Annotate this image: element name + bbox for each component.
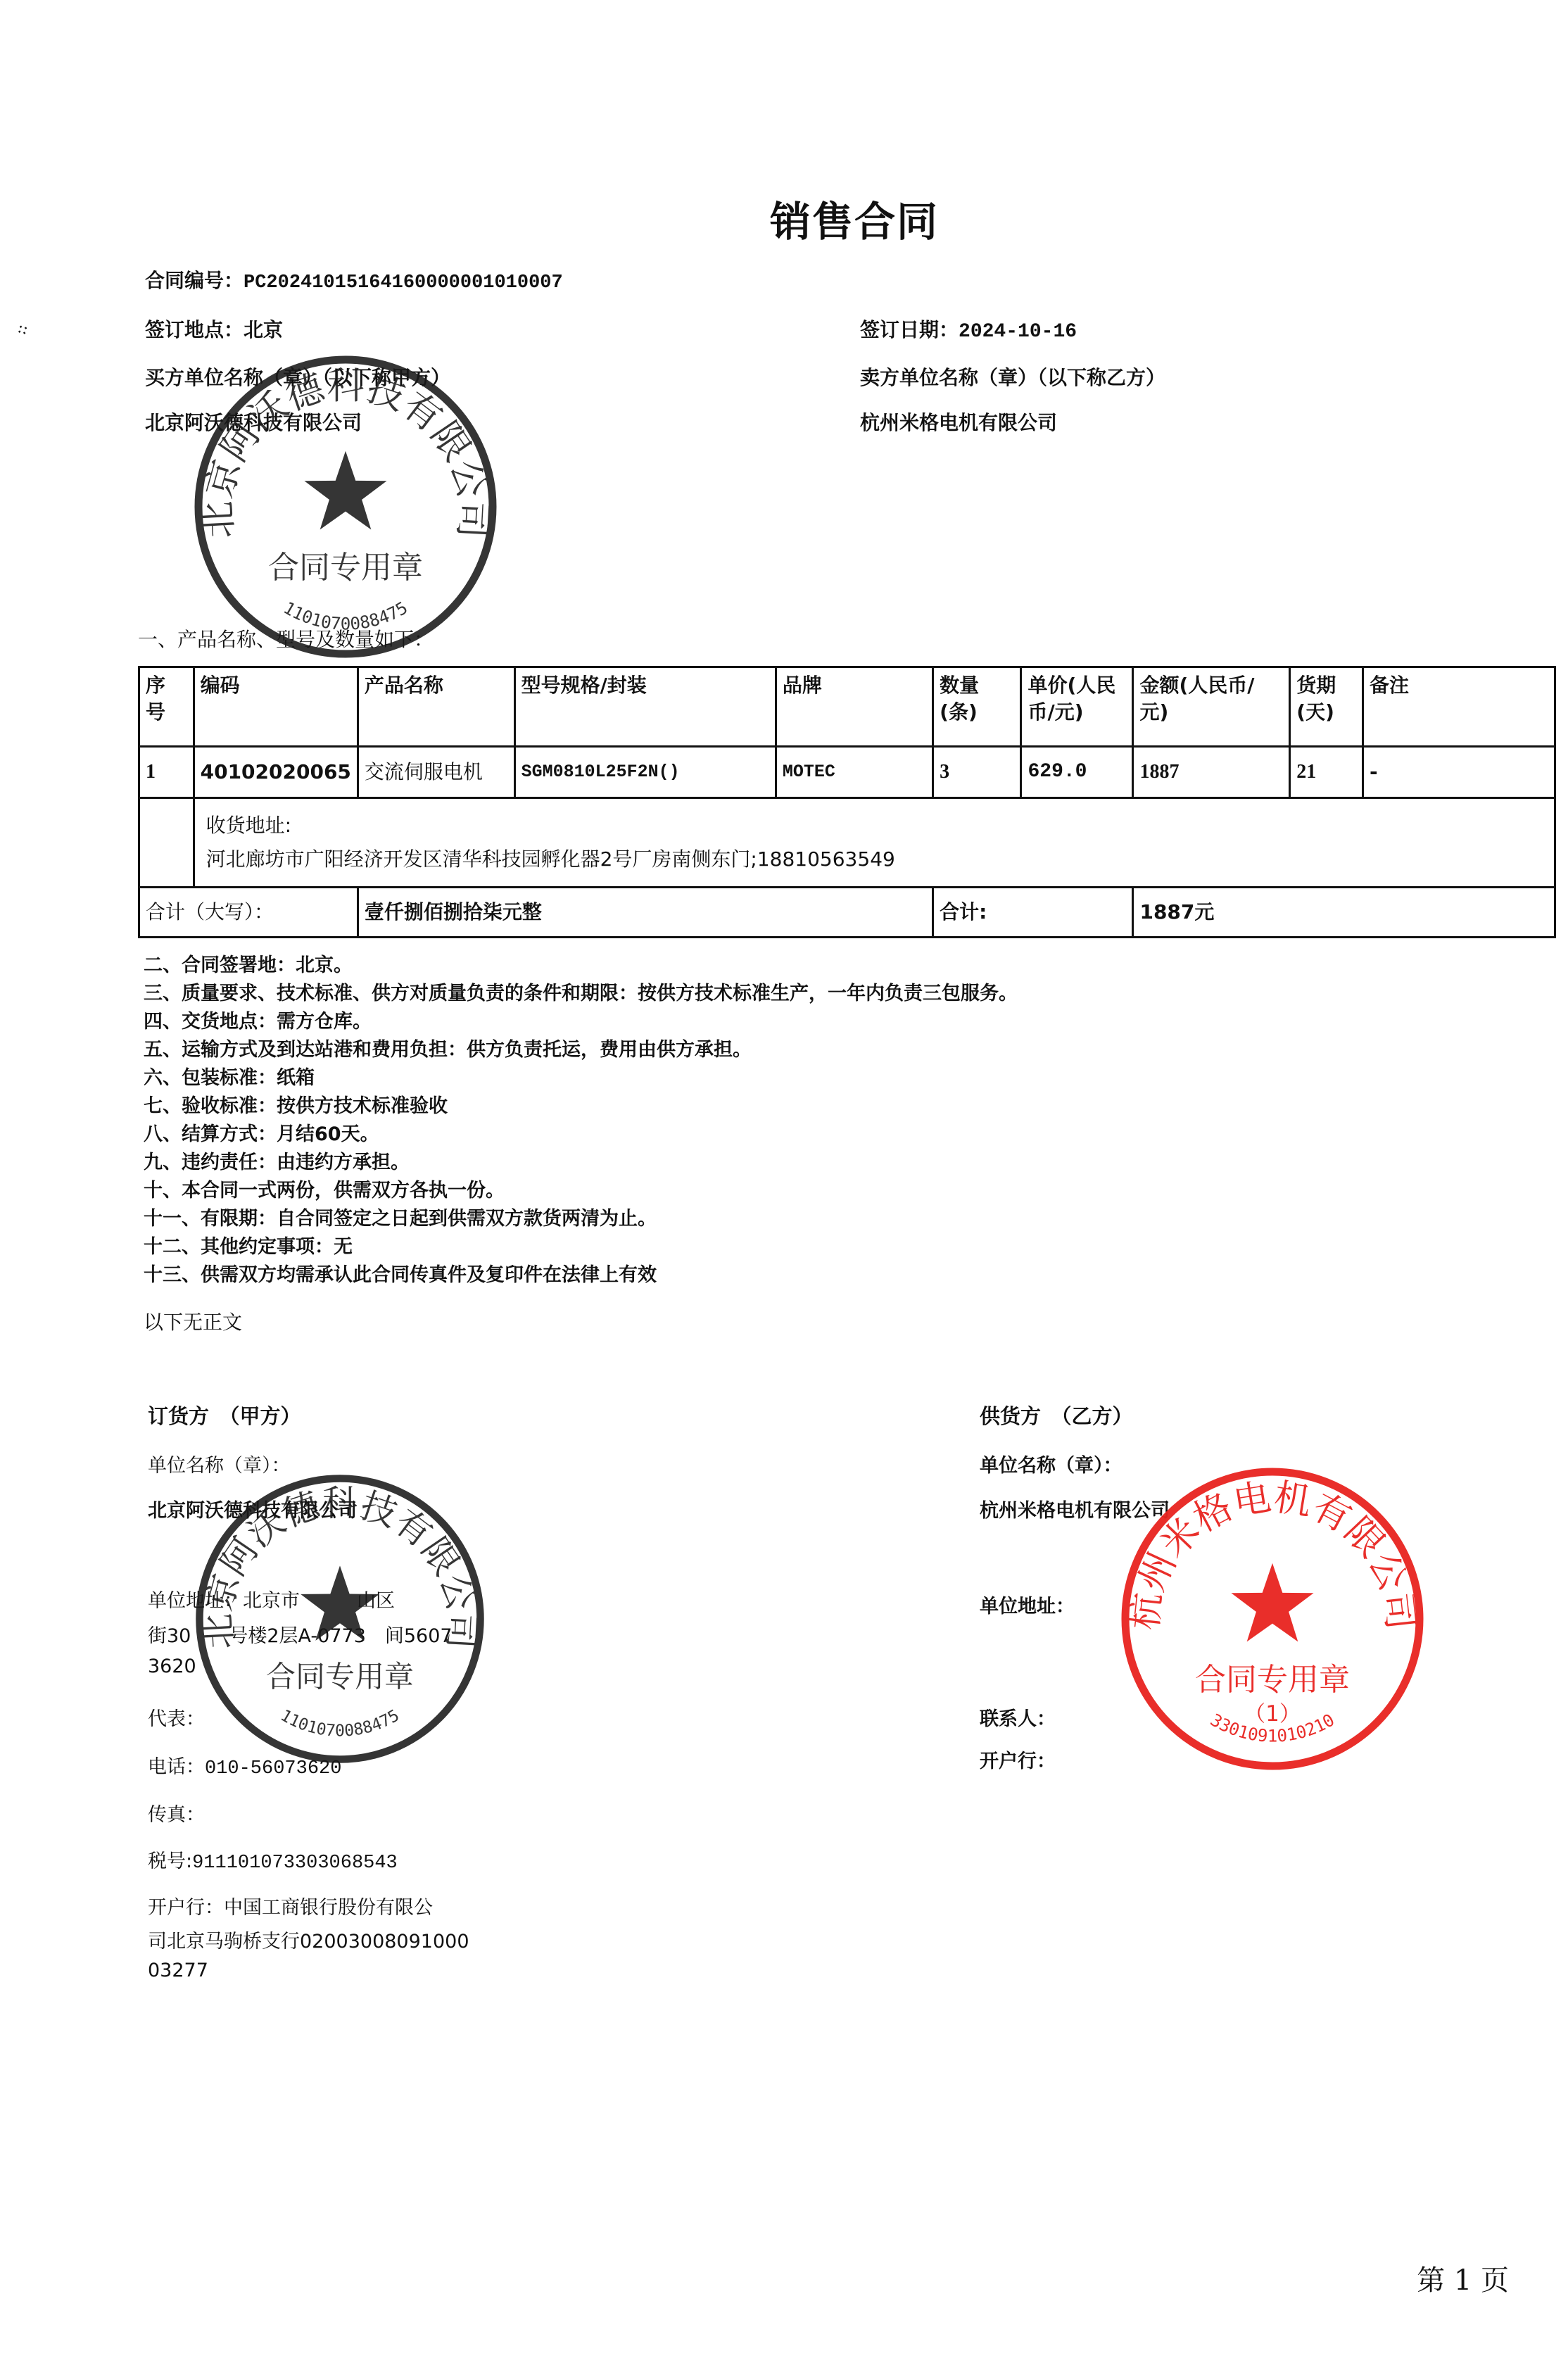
header-qty: 数量(条) — [933, 667, 1021, 747]
clause-item: 六、包装标准：纸箱 — [144, 1064, 1018, 1092]
seal-icon: 杭州米格电机有限公司合同专用章（1）3301091010210 — [1118, 1464, 1427, 1774]
sign-date: 签订日期：2024-10-16 — [860, 318, 1077, 344]
header-model: 型号规格/封装 — [514, 667, 776, 747]
clause-item: 九、违约责任：由违约方承担。 — [144, 1149, 1018, 1177]
header-amount: 金额(人民币/元) — [1133, 667, 1290, 747]
cell-code: 40102020065 — [194, 747, 358, 798]
svg-text:（1）: （1） — [1244, 1701, 1301, 1727]
seller-label: 卖方单位名称（章）（以下称乙方） — [860, 366, 1165, 390]
table-header-row: 序号 编码 产品名称 型号规格/封装 品牌 数量(条) 单价(人民币/元) 金额… — [139, 667, 1555, 747]
seller-block-contact-label: 联系人： — [980, 1703, 1056, 1731]
clause-item: 七、验收标准：按供方技术标准验收 — [144, 1092, 1018, 1121]
seller-block-name-label: 单位名称（章）： — [980, 1450, 1123, 1477]
clause-item: 三、质量要求、技术标准、供方对质量负责的条件和期限：按供方技术标准生产，一年内负… — [144, 980, 1018, 1008]
end-note: 以下无正文 — [144, 1311, 242, 1335]
clause-item: 四、交货地点：需方仓库。 — [144, 1008, 1018, 1036]
sign-place-value: 北京 — [244, 318, 283, 341]
page-title: 销售合同 — [770, 189, 939, 248]
cell-no: 1 — [139, 747, 194, 798]
clause-item: 十、本合同一式两份，供需双方各执一份。 — [144, 1177, 1018, 1205]
cell-unit-price: 629.0 — [1021, 747, 1133, 798]
seal-icon: 北京阿沃德科技有限公司合同专用章1101070088475 — [184, 352, 507, 662]
table-row: 1 40102020065 交流伺服电机 SGM0810L25F2N() MOT… — [139, 747, 1555, 798]
scan-speck: ⁘ — [11, 318, 35, 344]
header-code: 编码 — [194, 667, 358, 747]
clause-item: 八、结算方式：月结60天。 — [144, 1121, 1018, 1149]
buyer-stamp-bottom: 北京阿沃德科技有限公司合同专用章1101070088475 — [189, 1471, 491, 1767]
buyer-block-heading: 订货方 （甲方） — [148, 1401, 301, 1430]
buyer-block-bank-2: 司北京马驹桥支行02003008091000 — [148, 1926, 469, 1953]
total-label: 合计: — [933, 888, 1133, 938]
page-number: 第 1 页 — [1417, 2258, 1509, 2298]
cell-model: SGM0810L25F2N() — [514, 747, 776, 798]
cell-qty: 3 — [933, 747, 1021, 798]
clause-item: 十一、有限期：自合同签定之日起到供需双方款货两清为止。 — [144, 1205, 1018, 1233]
svg-text:1101070088475: 1101070088475 — [280, 598, 411, 633]
seal-icon: 北京阿沃德科技有限公司合同专用章1101070088475 — [189, 1471, 491, 1767]
header-remark: 备注 — [1362, 667, 1555, 747]
header-lead-time: 货期(天) — [1290, 667, 1363, 747]
contract-number: 合同编号：PC20241015164160000001010007 — [145, 269, 563, 295]
contract-number-label: 合同编号： — [145, 269, 244, 292]
cell-product: 交流伺服电机 — [358, 747, 514, 798]
contract-number-value: PC20241015164160000001010007 — [244, 272, 563, 294]
buyer-stamp-top: 北京阿沃德科技有限公司合同专用章1101070088475 — [184, 352, 507, 662]
cell-remark: - — [1362, 747, 1555, 798]
header-product: 产品名称 — [358, 667, 514, 747]
sign-place-label: 签订地点： — [145, 318, 244, 341]
clause-item: 五、运输方式及到达站港和费用负担：供方负责托运，费用由供方承担。 — [144, 1036, 1018, 1064]
header-no: 序号 — [139, 667, 194, 747]
header-unit-price: 单价(人民币/元) — [1021, 667, 1133, 747]
clause-item: 二、合同签署地：北京。 — [144, 952, 1018, 980]
seller-block-address-label: 单位地址： — [980, 1591, 1075, 1618]
svg-text:合同专用章: 合同专用章 — [1195, 1662, 1350, 1698]
total-row: 合计（大写）： 壹仟捌佰捌拾柒元整 合计: 1887元 — [139, 888, 1555, 938]
header-brand: 品牌 — [776, 667, 932, 747]
buyer-block-fax-label: 传真： — [148, 1799, 205, 1827]
buyer-block-bank-1: 开户行：中国工商银行股份有限公 — [148, 1892, 433, 1919]
delivery-address-row: 收货地址: 河北廊坊市广阳经济开发区清华科技园孵化器2号厂房南侧东门;18810… — [139, 798, 1555, 888]
clauses-list: 二、合同签署地：北京。 三、质量要求、技术标准、供方对质量负责的条件和期限：按供… — [144, 952, 1018, 1289]
seller-block-bank-label: 开户行： — [980, 1746, 1056, 1773]
total-upper-value: 壹仟捌佰捌拾柒元整 — [358, 888, 932, 938]
total-upper-label: 合计（大写）： — [139, 888, 358, 938]
delivery-address: 河北廊坊市广阳经济开发区清华科技园孵化器2号厂房南侧东门;18810563549 — [206, 843, 1543, 876]
svg-text:合同专用章: 合同专用章 — [266, 1660, 414, 1694]
cell-amount: 1887 — [1133, 747, 1290, 798]
seller-name: 杭州米格电机有限公司 — [860, 411, 1057, 435]
sign-date-label: 签订日期： — [860, 318, 959, 341]
svg-text:合同专用章: 合同专用章 — [268, 550, 423, 586]
sign-place: 签订地点：北京 — [145, 318, 283, 342]
cell-lead-time: 21 — [1290, 747, 1363, 798]
seller-stamp: 杭州米格电机有限公司合同专用章（1）3301091010210 — [1118, 1464, 1427, 1774]
buyer-block-bank-3: 03277 — [148, 1960, 208, 1981]
seller-block-heading: 供货方 （乙方） — [980, 1401, 1133, 1430]
cell-brand: MOTEC — [776, 747, 932, 798]
total-value: 1887元 — [1133, 888, 1555, 938]
address-spacer — [139, 798, 194, 888]
clause-item: 十二、其他约定事项：无 — [144, 1233, 1018, 1261]
delivery-address-cell: 收货地址: 河北廊坊市广阳经济开发区清华科技园孵化器2号厂房南侧东门;18810… — [194, 798, 1555, 888]
product-table: 序号 编码 产品名称 型号规格/封装 品牌 数量(条) 单价(人民币/元) 金额… — [138, 666, 1556, 938]
sign-date-value: 2024-10-16 — [959, 321, 1077, 343]
clause-item: 十三、供需双方均需承认此合同传真件及复印件在法律上有效 — [144, 1261, 1018, 1289]
delivery-address-label: 收货地址: — [206, 809, 1543, 843]
buyer-block-tax: 税号:911101073303068543 — [148, 1846, 398, 1874]
svg-text:1101070088475: 1101070088475 — [277, 1706, 403, 1740]
